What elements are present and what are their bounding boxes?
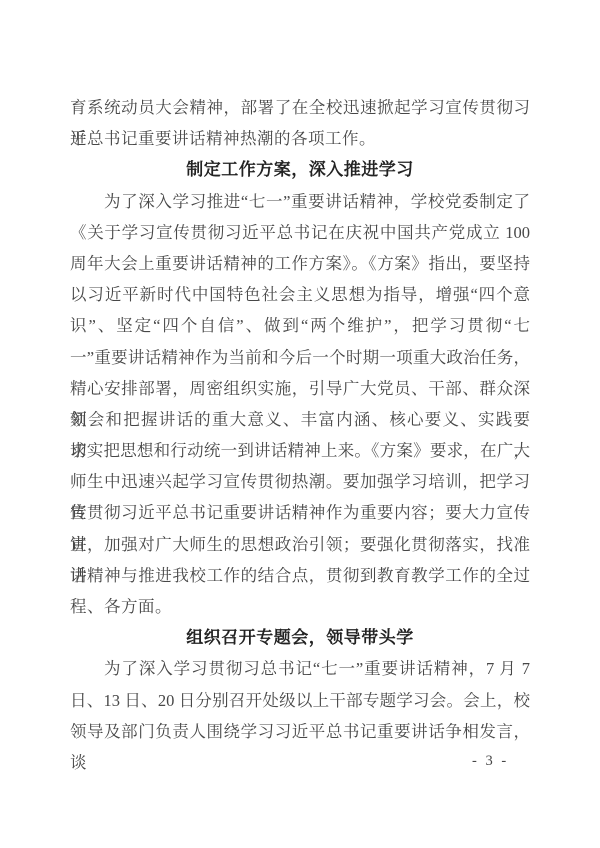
text-line: 一”重要讲话精神作为当前和今后一个时期一项重大政治任务， [70,342,530,373]
text-line: 领会和把握讲话的重大意义、丰富内涵、核心要义、实践要求， [70,404,530,435]
text-line: 平总书记重要讲话精神热潮的各项工作。 [70,123,530,154]
document-body: 育系统动员大会精神，部署了在全校迅速掀起学习宣传贯彻习近平总书记重要讲话精神热潮… [70,92,530,747]
section-heading: 组织召开专题会，领导带头学 [70,622,530,653]
text-line: 为了深入学习推进“七一”重要讲话精神，学校党委制定了 [70,186,530,217]
text-line: 传贯彻习近平总书记重要讲话精神作为重要内容；要大力宣传宣 [70,497,530,528]
text-line: 育系统动员大会精神，部署了在全校迅速掀起学习宣传贯彻习近 [70,92,530,123]
text-line: 讲，加强对广大师生的思想政治引领；要强化贯彻落实，找准讲 [70,529,530,560]
text-line: 师生中迅速兴起学习宣传贯彻热潮。要加强学习培训，把学习宣 [70,466,530,497]
text-line: 领导及部门负责人围绕学习习近平总书记重要讲话争相发言，谈 [70,716,530,747]
document-page: 育系统动员大会精神，部署了在全校迅速掀起学习宣传贯彻习近平总书记重要讲话精神热潮… [0,0,600,848]
text-line: 切实把思想和行动统一到讲话精神上来。《方案》要求，在广大 [70,435,530,466]
text-line: 精心安排部署，周密组织实施，引导广大党员、干部、群众深刻 [70,373,530,404]
page-number: - 3 - [472,751,509,771]
text-line: 话精神与推进我校工作的结合点，贯彻到教育教学工作的全过 [70,560,530,591]
section-heading: 制定工作方案，深入推进学习 [70,154,530,185]
text-line: 以习近平新时代中国特色社会主义思想为指导，增强“四个意 [70,279,530,310]
text-line: 程、各方面。 [70,591,530,622]
text-line: 《关于学习宣传贯彻习近平总书记在庆祝中国共产党成立 100 [70,217,530,248]
text-line: 日、13 日、20 日分别召开处级以上干部专题学习会。会上，校 [70,685,530,716]
text-line: 周年大会上重要讲话精神的工作方案》。《方案》指出，要坚持 [70,248,530,279]
text-line: 识”、坚定“四个自信”、做到“两个维护”，把学习贯彻“七 [70,310,530,341]
text-line: 为了深入学习贯彻习总书记“七一”重要讲话精神，7 月 7 [70,653,530,684]
